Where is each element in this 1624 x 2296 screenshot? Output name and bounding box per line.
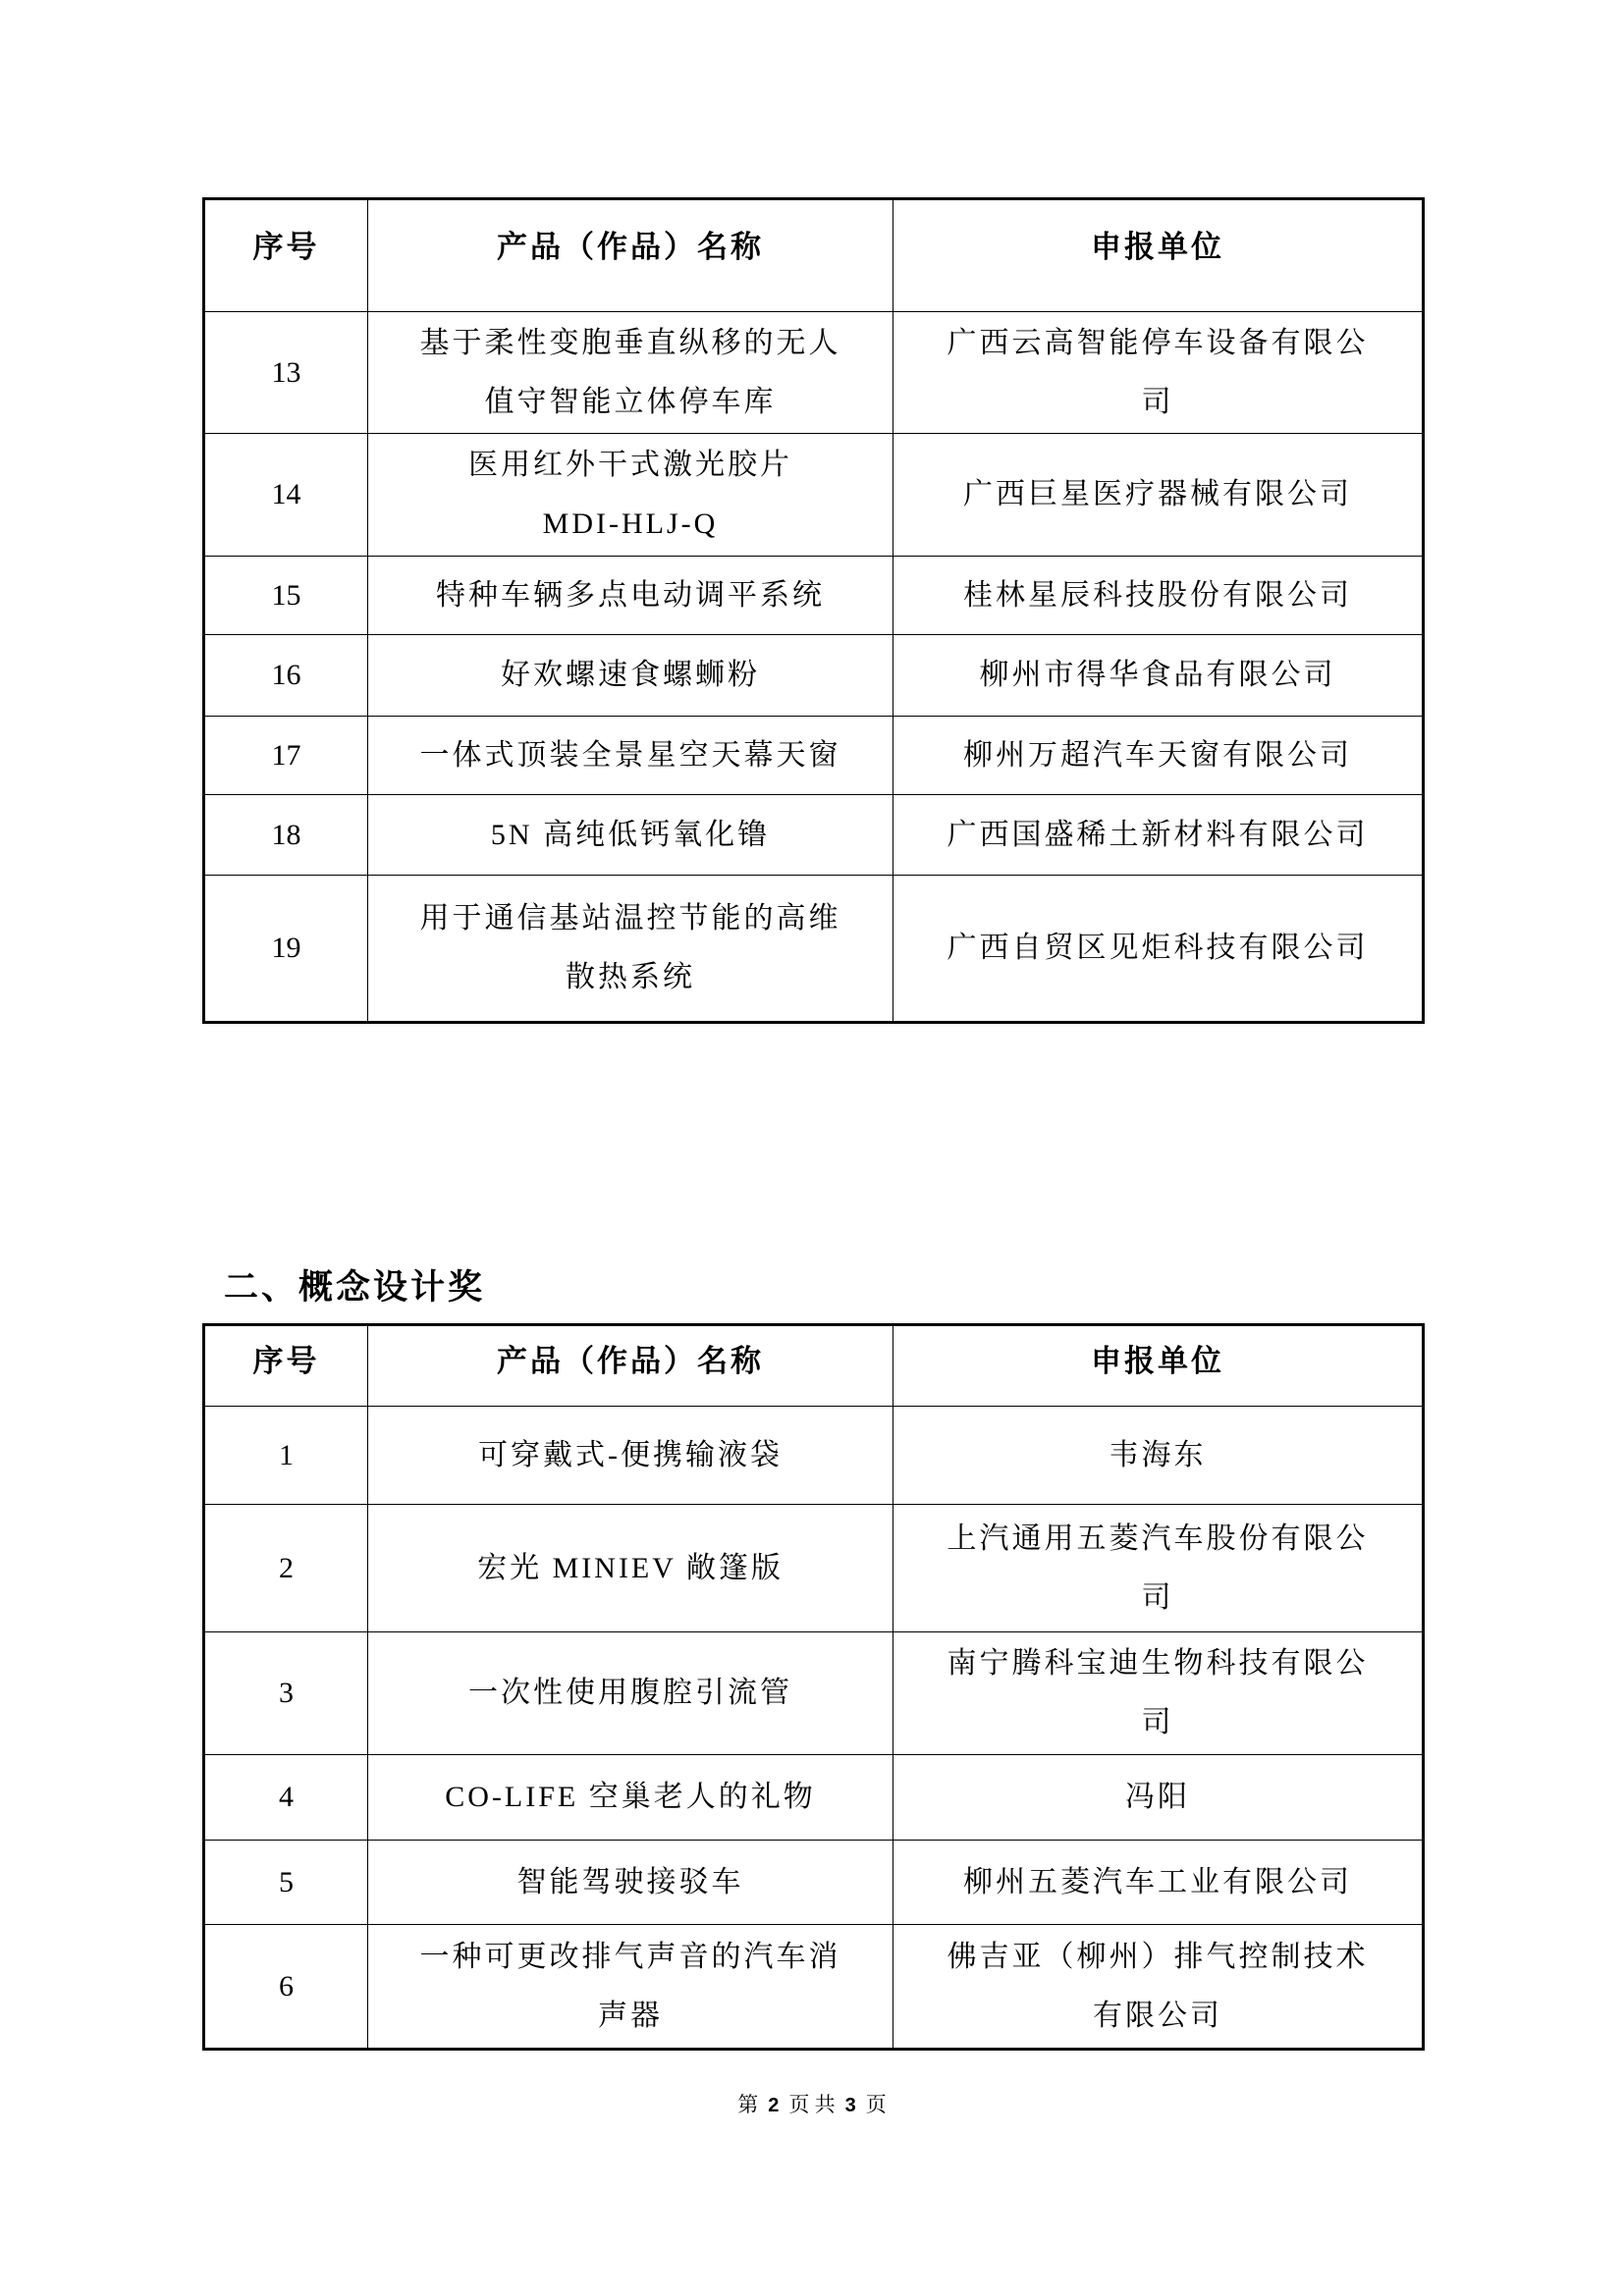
footer-middle: 页 共 <box>788 2089 835 2118</box>
row-product: 一体式顶装全景星空天幕天窗 <box>368 717 893 795</box>
table2-header: 序号 产品（作品）名称 申报单位 <box>204 1325 1424 1407</box>
row-no: 4 <box>204 1755 368 1841</box>
table-row: 6 一种可更改排气声音的汽车消 声器 佛吉亚（柳州）排气控制技术 有限公司 <box>204 1925 1424 2050</box>
row-product: 好欢螺速食螺蛳粉 <box>368 635 893 717</box>
table-row: 5 智能驾驶接驳车 柳州五菱汽车工业有限公司 <box>204 1841 1424 1925</box>
table-row: 2 宏光 MINIEV 敞篷版 上汽通用五菱汽车股份有限公 司 <box>204 1505 1424 1632</box>
document-page: 序号 产品（作品）名称 申报单位 13 基于柔性变胞垂直纵移的无人 值守智能立体… <box>0 0 1624 2296</box>
row-product: 用于通信基站温控节能的高维 散热系统 <box>368 876 893 1023</box>
row-no: 2 <box>204 1505 368 1632</box>
row-unit: 广西云高智能停车设备有限公 司 <box>893 312 1424 434</box>
table-row: 15 特种车辆多点电动调平系统 桂林星辰科技股份有限公司 <box>204 557 1424 635</box>
row-product: CO-LIFE 空巢老人的礼物 <box>368 1755 893 1841</box>
table-row: 4 CO-LIFE 空巢老人的礼物 冯阳 <box>204 1755 1424 1841</box>
footer-page-number: 2 <box>768 2095 779 2117</box>
table1-header: 序号 产品（作品）名称 申报单位 <box>204 199 1424 312</box>
row-product: 医用红外干式激光胶片 MDI-HLJ-Q <box>368 434 893 557</box>
award-table-part1: 序号 产品（作品）名称 申报单位 13 基于柔性变胞垂直纵移的无人 值守智能立体… <box>202 197 1425 1024</box>
col-header-no: 序号 <box>204 199 368 312</box>
page-footer: 第2页 共3页 <box>0 2089 1624 2118</box>
row-unit: 南宁腾科宝迪生物科技有限公 司 <box>893 1632 1424 1755</box>
row-no: 18 <box>204 795 368 876</box>
table2-body: 1 可穿戴式-便携输液袋 韦海东 2 宏光 MINIEV 敞篷版 上汽通用五菱汽… <box>204 1407 1424 2050</box>
row-no: 3 <box>204 1632 368 1755</box>
table-row: 19 用于通信基站温控节能的高维 散热系统 广西自贸区见炬科技有限公司 <box>204 876 1424 1023</box>
row-product: 5N 高纯低钙氧化镥 <box>368 795 893 876</box>
row-unit: 上汽通用五菱汽车股份有限公 司 <box>893 1505 1424 1632</box>
row-unit: 韦海东 <box>893 1407 1424 1505</box>
row-unit: 冯阳 <box>893 1755 1424 1841</box>
table1-body: 13 基于柔性变胞垂直纵移的无人 值守智能立体停车库 广西云高智能停车设备有限公… <box>204 312 1424 1023</box>
section-title: 二、概念设计奖 <box>224 1260 485 1309</box>
row-product: 宏光 MINIEV 敞篷版 <box>368 1505 893 1632</box>
row-no: 6 <box>204 1925 368 2050</box>
col-header-unit: 申报单位 <box>893 199 1424 312</box>
row-no: 5 <box>204 1841 368 1925</box>
row-product: 一种可更改排气声音的汽车消 声器 <box>368 1925 893 2050</box>
footer-suffix: 页 <box>866 2089 887 2118</box>
row-no: 1 <box>204 1407 368 1505</box>
footer-prefix: 第 <box>737 2089 758 2118</box>
row-product: 特种车辆多点电动调平系统 <box>368 557 893 635</box>
table-row: 18 5N 高纯低钙氧化镥 广西国盛稀土新材料有限公司 <box>204 795 1424 876</box>
row-no: 17 <box>204 717 368 795</box>
header-row: 序号 产品（作品）名称 申报单位 <box>204 1325 1424 1407</box>
table-row: 3 一次性使用腹腔引流管 南宁腾科宝迪生物科技有限公 司 <box>204 1632 1424 1755</box>
row-no: 13 <box>204 312 368 434</box>
header-row: 序号 产品（作品）名称 申报单位 <box>204 199 1424 312</box>
col-header-product: 产品（作品）名称 <box>368 199 893 312</box>
table-row: 17 一体式顶装全景星空天幕天窗 柳州万超汽车天窗有限公司 <box>204 717 1424 795</box>
row-unit: 广西自贸区见炬科技有限公司 <box>893 876 1424 1023</box>
col-header-product: 产品（作品）名称 <box>368 1325 893 1407</box>
row-unit: 柳州万超汽车天窗有限公司 <box>893 717 1424 795</box>
award-table-concept-design: 序号 产品（作品）名称 申报单位 1 可穿戴式-便携输液袋 韦海东 2 宏光 M… <box>202 1323 1425 2051</box>
col-header-unit: 申报单位 <box>893 1325 1424 1407</box>
row-unit: 佛吉亚（柳州）排气控制技术 有限公司 <box>893 1925 1424 2050</box>
row-unit: 柳州五菱汽车工业有限公司 <box>893 1841 1424 1925</box>
row-product: 基于柔性变胞垂直纵移的无人 值守智能立体停车库 <box>368 312 893 434</box>
table-row: 1 可穿戴式-便携输液袋 韦海东 <box>204 1407 1424 1505</box>
table-row: 14 医用红外干式激光胶片 MDI-HLJ-Q 广西巨星医疗器械有限公司 <box>204 434 1424 557</box>
row-unit: 广西巨星医疗器械有限公司 <box>893 434 1424 557</box>
row-product: 一次性使用腹腔引流管 <box>368 1632 893 1755</box>
row-no: 19 <box>204 876 368 1023</box>
row-unit: 广西国盛稀土新材料有限公司 <box>893 795 1424 876</box>
footer-total-pages: 3 <box>845 2095 856 2117</box>
row-product: 可穿戴式-便携输液袋 <box>368 1407 893 1505</box>
row-no: 14 <box>204 434 368 557</box>
table-row: 13 基于柔性变胞垂直纵移的无人 值守智能立体停车库 广西云高智能停车设备有限公… <box>204 312 1424 434</box>
row-unit: 桂林星辰科技股份有限公司 <box>893 557 1424 635</box>
row-product: 智能驾驶接驳车 <box>368 1841 893 1925</box>
row-no: 15 <box>204 557 368 635</box>
table-row: 16 好欢螺速食螺蛳粉 柳州市得华食品有限公司 <box>204 635 1424 717</box>
row-no: 16 <box>204 635 368 717</box>
col-header-no: 序号 <box>204 1325 368 1407</box>
row-unit: 柳州市得华食品有限公司 <box>893 635 1424 717</box>
